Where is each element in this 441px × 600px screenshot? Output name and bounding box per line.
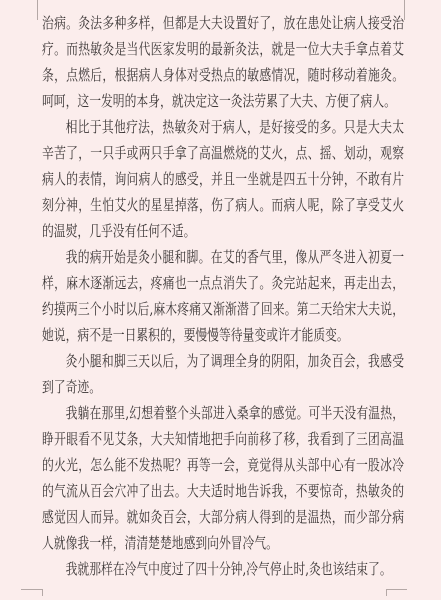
text-boundary-mark-bottom-left-vertical	[42, 589, 43, 596]
paragraph: 治病。灸法多种多样，但都是大夫设置好了，放在患处让病人接受治疗。而热敏灸是当代医…	[42, 10, 404, 114]
paragraph: 我的病开始是灸小腿和脚。在艾的香气里，像从严冬进入初夏一样，麻木逐渐远去，疼痛也…	[42, 244, 404, 348]
paragraph: 我就那样在冷气中度过了四十分钟,冷气停止时,灸也该结束了。	[42, 556, 404, 582]
text-boundary-mark-top-right	[404, 0, 405, 20]
text-line: 我就那样在冷气中度过了四十分钟,冷气停止时,灸也该结束了。	[42, 552, 404, 585]
text-block: 治病。灸法多种多样，但都是大夫设置好了，放在患处让病人接受治疗。而热敏灸是当代医…	[42, 10, 404, 582]
text-boundary-mark-bottom-left	[21, 589, 42, 590]
text-boundary-mark-top-left	[37, 0, 38, 20]
document-page: 治病。灸法多种多样，但都是大夫设置好了，放在患处让病人接受治疗。而热敏灸是当代医…	[0, 0, 441, 600]
paragraph: 我躺在那里,幻想着整个头部进入桑拿的感觉。可半天没有温热，睁开眼看不见艾条，大夫…	[42, 400, 404, 556]
text-boundary-mark-bottom-right	[386, 589, 407, 590]
paragraph: 相比于其他疗法，热敏灸对于病人，是好接受的多。只是大夫太辛苦了，一只手或两只手拿…	[42, 114, 404, 244]
paragraph: 灸小腿和脚三天以后，为了调理全身的阴阳，加灸百会，我感受到了奇迹。	[42, 348, 404, 400]
text-boundary-mark-bottom-right-vertical	[386, 589, 387, 596]
